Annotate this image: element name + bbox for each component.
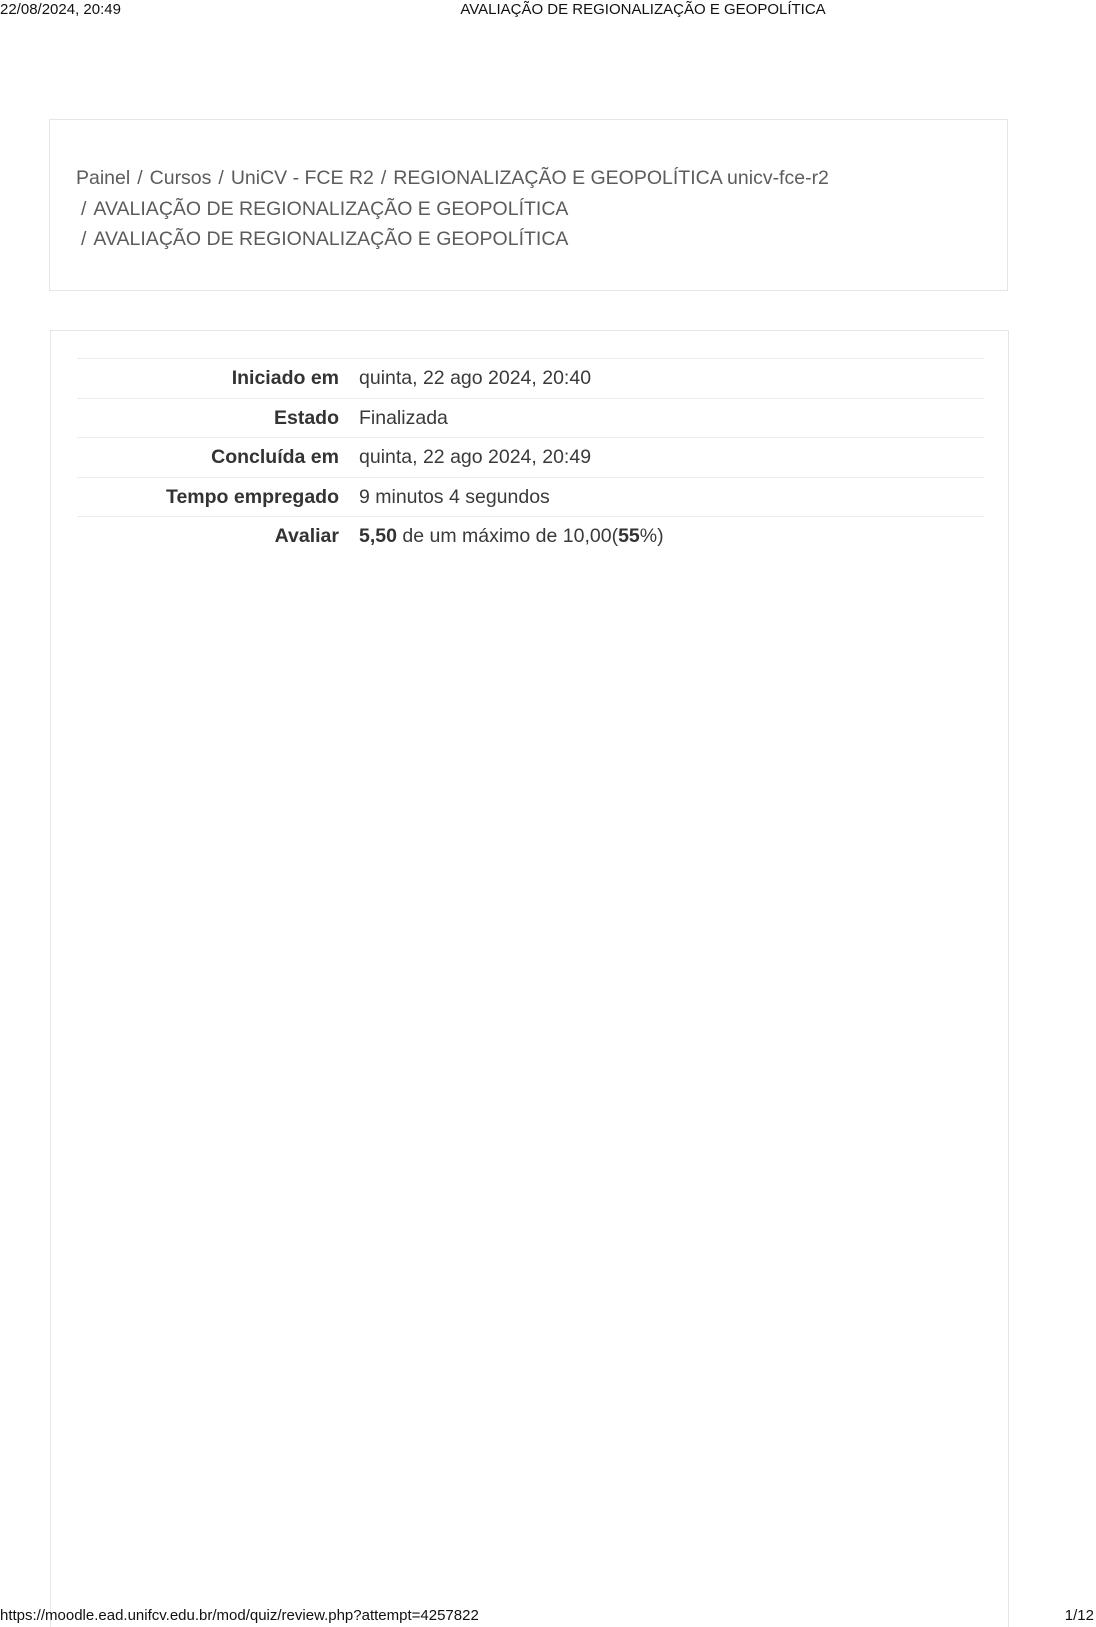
row-label: Iniciado em xyxy=(77,359,349,399)
breadcrumb-item-section[interactable]: AVALIAÇÃO DE REGIONALIZAÇÃO E GEOPOLÍTIC… xyxy=(93,198,568,220)
breadcrumb-item-cursos[interactable]: Cursos xyxy=(150,167,212,189)
quiz-review-region: Iniciado em quinta, 22 ago 2024, 20:40 E… xyxy=(50,330,1009,1627)
breadcrumb-item-painel[interactable]: Painel xyxy=(76,167,130,189)
row-value: quinta, 22 ago 2024, 20:49 xyxy=(349,438,984,478)
breadcrumb-separator: / xyxy=(81,228,93,250)
row-value: Finalizada xyxy=(349,398,984,438)
print-url: https://moodle.ead.unifcv.edu.br/mod/qui… xyxy=(0,1607,479,1624)
table-row-grade: Avaliar 5,50 de um máximo de 10,00(55%) xyxy=(77,517,984,556)
table-row-started: Iniciado em quinta, 22 ago 2024, 20:40 xyxy=(77,359,984,399)
row-label: Tempo empregado xyxy=(77,477,349,517)
breadcrumb-separator: / xyxy=(81,198,93,220)
print-page-title: AVALIAÇÃO DE REGIONALIZAÇÃO E GEOPOLÍTIC… xyxy=(0,1,1096,18)
breadcrumb-item-quiz[interactable]: AVALIAÇÃO DE REGIONALIZAÇÃO E GEOPOLÍTIC… xyxy=(93,228,568,250)
page-header: Painel/Cursos/UniCV - FCE R2/REGIONALIZA… xyxy=(49,119,1008,291)
breadcrumb-item-category[interactable]: UniCV - FCE R2 xyxy=(231,167,374,189)
breadcrumb-separator: / xyxy=(374,167,393,189)
attempt-summary-table: Iniciado em quinta, 22 ago 2024, 20:40 E… xyxy=(77,358,984,556)
grade-max: de um máximo de 10,00( xyxy=(397,525,618,547)
table-row-time-taken: Tempo empregado 9 minutos 4 segundos xyxy=(77,477,984,517)
breadcrumb-item-course[interactable]: REGIONALIZAÇÃO E GEOPOLÍTICA unicv-fce-r… xyxy=(393,167,829,189)
row-label: Avaliar xyxy=(77,517,349,556)
row-label: Concluída em xyxy=(77,438,349,478)
grade-value: 5,50 de um máximo de 10,00(55%) xyxy=(349,517,984,556)
breadcrumb: Painel/Cursos/UniCV - FCE R2/REGIONALIZA… xyxy=(76,163,987,255)
breadcrumb-separator: / xyxy=(130,167,149,189)
grade-percent-suffix: %) xyxy=(640,525,664,547)
grade-score: 5,50 xyxy=(359,525,397,547)
table-row-state: Estado Finalizada xyxy=(77,398,984,438)
row-value: 9 minutos 4 segundos xyxy=(349,477,984,517)
table-row-completed: Concluída em quinta, 22 ago 2024, 20:49 xyxy=(77,438,984,478)
print-page-number: 1/12 xyxy=(1065,1607,1094,1624)
breadcrumb-separator: / xyxy=(211,167,230,189)
row-label: Estado xyxy=(77,398,349,438)
grade-percent: 55 xyxy=(618,525,640,547)
row-value: quinta, 22 ago 2024, 20:40 xyxy=(349,359,984,399)
